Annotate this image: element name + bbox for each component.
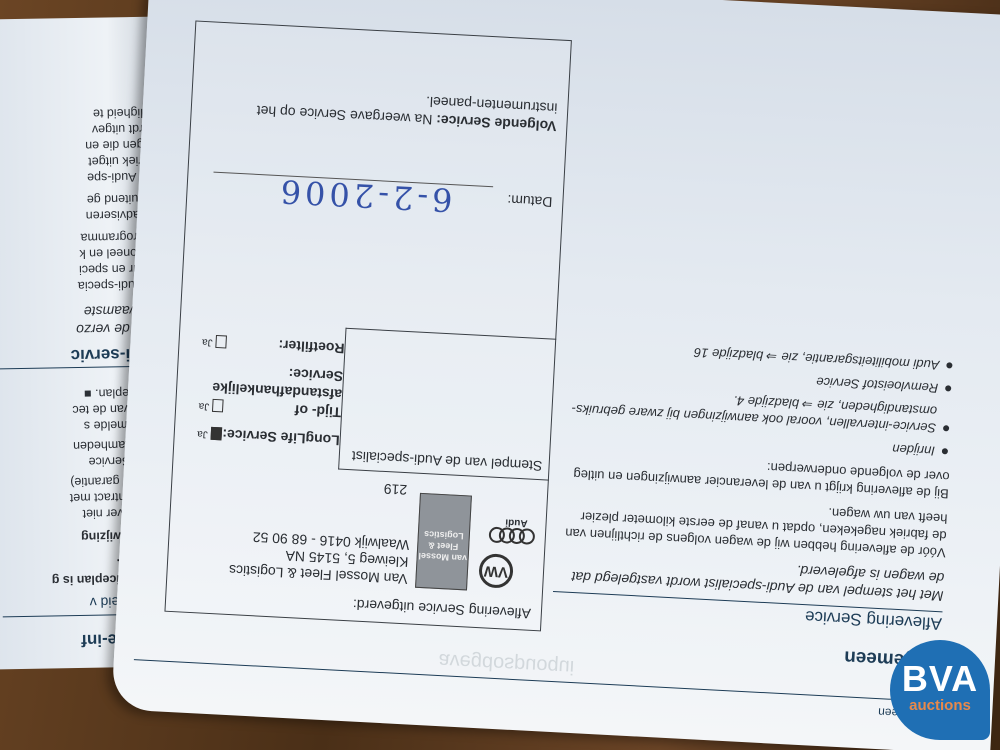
date-label: Datum: — [507, 192, 553, 210]
dealer-stamp: van Mossel Fleet & Logistics — [415, 493, 472, 591]
left-line: wordt uitgev — [0, 121, 159, 140]
checkbox-checked-icon — [210, 427, 222, 441]
next-service-note: Volgende Service: Na weergave Service op… — [201, 81, 557, 136]
stamp-label: Stempel van de Audi-specialist — [351, 448, 542, 474]
checkbox-empty-icon — [212, 399, 224, 413]
left-line: zingen die en — [0, 137, 160, 156]
vw-logo-icon: VW — [478, 553, 514, 589]
delivery-section: Aflevering Service Met het stempel van d… — [552, 331, 956, 632]
checkbox-longlife[interactable]: Ja — [197, 424, 222, 443]
service-booklet-page: Algemeen avegdospuoqui Algemeen Afleveri… — [111, 0, 1000, 750]
left-line: Alle Audi-spe — [0, 169, 160, 188]
stamp-area: Stempel van de Audi-specialist — [338, 328, 556, 481]
audi-logo-icon: Audi — [489, 516, 536, 545]
check-soot-filter: Roetfilter: Ja — [194, 332, 345, 358]
bva-logo-text: BVA — [890, 660, 990, 698]
delivery-topics: Inrijden Service-intervallen, vooral ook… — [561, 337, 956, 460]
left-line: fabriek uitget — [0, 153, 160, 172]
checkbox-soot-filter[interactable]: Ja — [202, 332, 227, 351]
page-content: Algemeen avegdospuoqui Algemeen Afleveri… — [111, 0, 1000, 750]
bva-auctions-badge: BVA auctions — [890, 640, 990, 740]
checkbox-empty-icon — [215, 335, 227, 349]
page-reference: bladzijde 4. — [733, 393, 799, 411]
bleed-through-text: avegdospuoqui — [438, 648, 575, 678]
bva-logo-subtext: auctions — [890, 698, 990, 714]
date-row: Datum: 6-2-2006 — [197, 176, 552, 211]
check-longlife: LongLife Service: Ja — [189, 424, 340, 450]
delivery-form: Aflevering Service uitgeverd: Van Mossel… — [164, 20, 571, 631]
left-line: uitsluitend ge — [0, 191, 161, 210]
check-time-distance: Tijd- of afstandafhankelijke Service: Ja — [191, 360, 344, 422]
left-line: veiligheid te — [0, 105, 159, 124]
page-reference: bladzijde 16 — [694, 345, 764, 364]
page-number: 219 — [383, 481, 407, 498]
dealer-address: Van Mossel Fleet & Logistics Kleiweg 5, … — [229, 527, 410, 587]
service-checks: LongLife Service: Ja Tijd- of afstandafh… — [189, 322, 345, 450]
delivery-paragraph: Vóór de aflevering hebben wij de wagen v… — [556, 490, 948, 561]
checkbox-time-distance[interactable]: Ja — [198, 396, 223, 415]
